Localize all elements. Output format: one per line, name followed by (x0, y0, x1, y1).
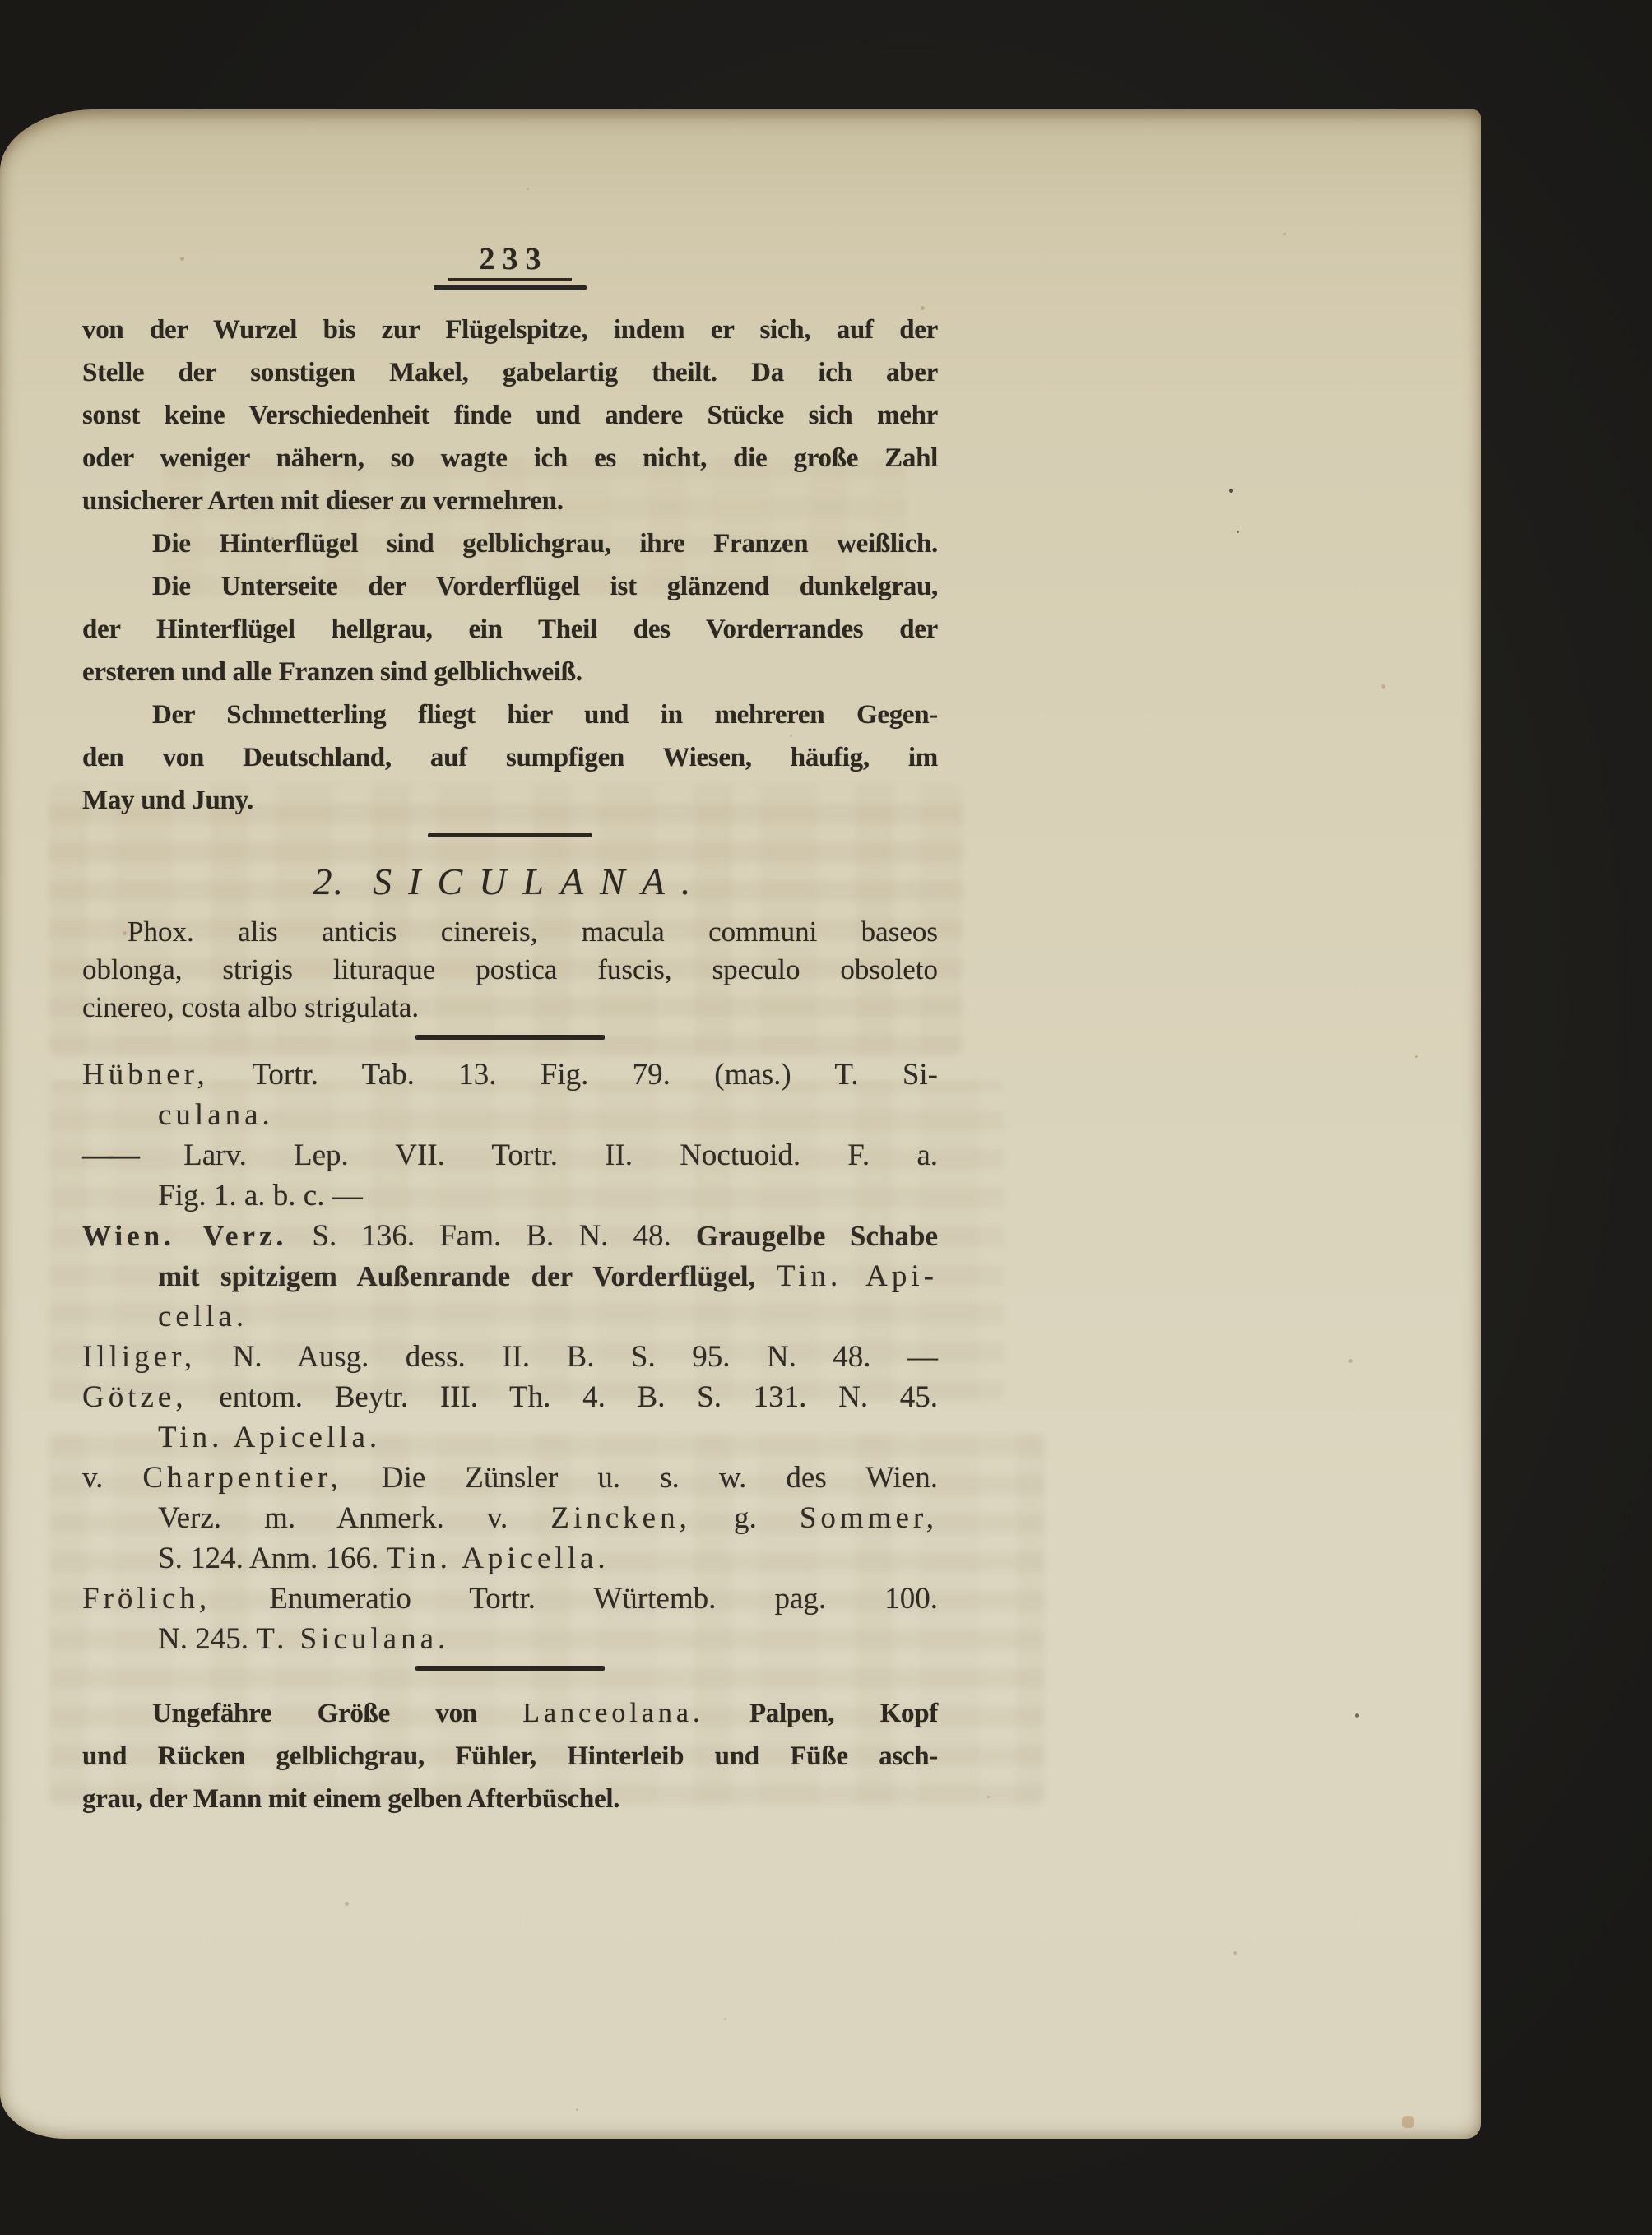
book-page: 233 von der Wurzel bis zur Flügelspitze,… (0, 109, 1481, 2139)
body-line: May und Juny. (82, 779, 938, 822)
ref-species: Tin. Api- (777, 1259, 938, 1293)
body-line: Der Schmetterling fliegt hier und in meh… (82, 693, 938, 736)
closing-text: Ungefähre Größe von (152, 1699, 522, 1728)
body-line: Die Hinterflügel sind gelblichgrau, ihre… (82, 522, 938, 565)
body-line: Stelle der sonstigen Makel, gabelartig t… (82, 351, 938, 394)
section-divider (415, 1666, 605, 1671)
paper-speckles (0, 109, 2, 112)
ref-species: Tin. Apicella. (387, 1542, 610, 1575)
reference-line: Götze, entom. Beytr. III. Th. 4. B. S. 1… (82, 1377, 938, 1417)
scan-background: 233 von der Wurzel bis zur Flügelspitze,… (0, 0, 1652, 2235)
latin-line: cinereo, costa albo strigulata. (82, 989, 938, 1027)
reference-line: Wien. Verz. S. 136. Fam. B. N. 48. Graug… (82, 1216, 938, 1256)
ref-citation: Verz. m. Anmerk. v. (158, 1501, 550, 1535)
ref-citation: S. 136. Fam. B. N. 48. (287, 1219, 696, 1253)
reference-line: mit spitzigem Außenrande der Vorderflüge… (82, 1256, 938, 1296)
ref-author: Götze, (82, 1380, 188, 1414)
closing-text: Palpen, Kopf (703, 1699, 938, 1728)
body-line: der Hinterflügel hellgrau, ein Theil des… (82, 608, 938, 651)
body-line: Die Unterseite der Vorderflügel ist glän… (82, 565, 938, 608)
page-number-rule (434, 285, 587, 290)
ref-source: Wien. Verz. (82, 1220, 287, 1252)
latin-line: oblonga, strigis lituraque postica fusci… (82, 951, 938, 989)
references-list: Hübner, Tortr. Tab. 13. Fig. 79. (mas.) … (82, 1055, 938, 1659)
body-line: ersteren und alle Franzen sind gelblichw… (82, 651, 938, 693)
reference-line: Illiger, N. Ausg. dess. II. B. S. 95. N.… (82, 1337, 938, 1377)
ref-author: Hübner, (82, 1058, 209, 1092)
reference-line: —— Larv. Lep. VII. Tortr. II. Noctuoid. … (82, 1135, 938, 1175)
body-line: grau, der Mann mit einem gelben Afterbüs… (82, 1778, 938, 1820)
ref-citation: Tortr. Tab. 13. Fig. 79. (mas.) T. Si- (209, 1058, 938, 1092)
body-line: von der Wurzel bis zur Flügelspitze, ind… (82, 308, 938, 351)
species-heading: 2.SICULANA. (82, 859, 938, 905)
body-line: und Rücken gelblichgrau, Fühler, Hinterl… (82, 1735, 938, 1778)
ref-citation: N. 245. (158, 1622, 256, 1656)
ref-citation: Enumeratio Tortr. Würtemb. pag. 100. (211, 1582, 938, 1616)
body-line: sonst keine Verschiedenheit finde und an… (82, 394, 938, 437)
same-author-dash: —— (82, 1138, 137, 1172)
body-text: von der Wurzel bis zur Flügelspitze, ind… (82, 308, 938, 822)
ref-german-name: Graugelbe Schabe (696, 1220, 938, 1252)
species-number: 2. (313, 860, 346, 902)
reference-line: N. 245. T. Siculana. (82, 1619, 938, 1659)
body-line: oder weniger nähern, so wagte ich es nic… (82, 437, 938, 480)
ref-prefix: v. (82, 1461, 142, 1495)
page-header: 233 (82, 241, 938, 290)
species-reference: Lanceolana. (522, 1698, 703, 1728)
reference-line: v. Charpentier, Die Zünsler u. s. w. des… (82, 1458, 938, 1498)
reference-line: S. 124. Anm. 166. Tin. Apicella. (82, 1538, 938, 1579)
page-number-underline (448, 278, 572, 281)
reference-line: Verz. m. Anmerk. v. Zincken, g. Sommer, (82, 1498, 938, 1538)
reference-line: Frölich, Enumeratio Tortr. Würtemb. pag.… (82, 1579, 938, 1619)
page-number: 233 (466, 241, 555, 277)
ref-german-name: mit spitzigem Außenrande der Vorderflüge… (158, 1260, 777, 1292)
ref-species: T. Siculana. (256, 1622, 449, 1656)
body-line: den von Deutschland, auf sumpfigen Wiese… (82, 736, 938, 779)
reference-line: Tin. Apicella. (82, 1417, 938, 1458)
closing-paragraph: Ungefähre Größe von Lanceolana. Palpen, … (82, 1692, 938, 1820)
latin-line: Phox. alis anticis cinereis, macula comm… (82, 913, 938, 951)
reference-line: culana. (82, 1095, 938, 1135)
reference-line: Fig. 1. a. b. c. — (82, 1175, 938, 1216)
latin-diagnosis: Phox. alis anticis cinereis, macula comm… (82, 913, 938, 1027)
reference-line: cella. (82, 1296, 938, 1337)
species-name: SICULANA. (373, 860, 707, 902)
section-divider (428, 833, 592, 837)
reference-line: Hübner, Tortr. Tab. 13. Fig. 79. (mas.) … (82, 1055, 938, 1095)
body-line: unsicherer Arten mit dieser zu vermehren… (82, 480, 938, 522)
section-divider (415, 1035, 605, 1040)
ref-author: Charpentier, (142, 1461, 341, 1495)
text-column: 233 von der Wurzel bis zur Flügelspitze,… (82, 109, 938, 1820)
body-line: Ungefähre Größe von Lanceolana. Palpen, … (82, 1692, 938, 1735)
ref-author: Frölich, (82, 1582, 211, 1616)
ref-citation: g. (691, 1501, 800, 1535)
ref-citation: Larv. Lep. VII. Tortr. II. Noctuoid. F. … (137, 1138, 938, 1172)
ref-author: Sommer, (800, 1501, 938, 1535)
ref-citation: entom. Beytr. III. Th. 4. B. S. 131. N. … (188, 1380, 938, 1414)
ref-author: Zincken, (550, 1501, 690, 1535)
ref-citation: N. Ausg. dess. II. B. S. 95. N. 48. — (196, 1340, 938, 1374)
ref-author: Illiger, (82, 1340, 196, 1374)
ref-citation: S. 124. Anm. 166. (158, 1542, 387, 1575)
ref-citation: Die Zünsler u. s. w. des Wien. (342, 1461, 938, 1495)
